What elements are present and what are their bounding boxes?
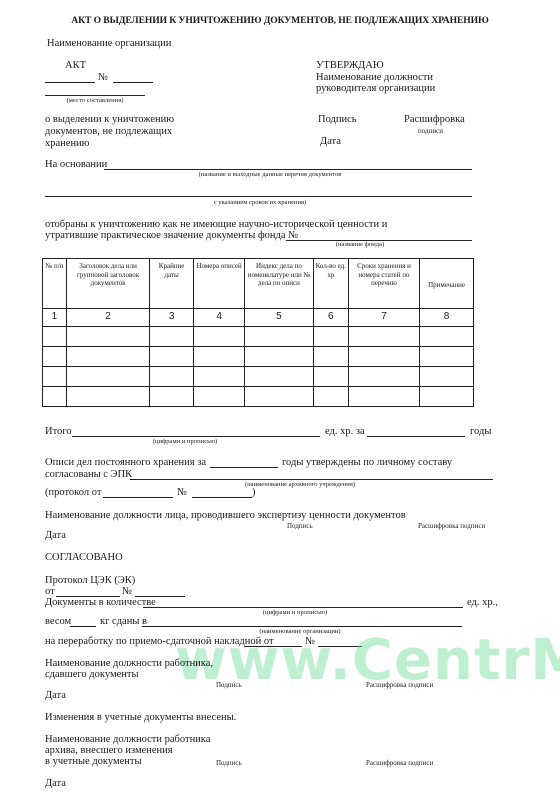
handed-by-signature-label: Подпись [216,681,242,689]
inventories-line1-b: годы утверждены по личному составу [282,457,452,468]
weight-field[interactable] [70,626,96,627]
expert-signature-label: Подпись [287,522,313,530]
handed-by-position: Наименование должности работника, сдавше… [45,658,213,680]
approve-position-line: руководителя организации [316,83,435,94]
column-number: 3 [150,309,194,327]
inventories-line2: согласованы с ЭПК [45,469,132,480]
act-date-field[interactable] [45,82,95,83]
table-cell[interactable] [348,387,419,407]
column-number: 2 [66,309,149,327]
changes-position-line: Наименование должности работника [45,734,210,745]
act-label: АКТ [65,60,86,71]
place-caption: (место составления) [55,97,135,104]
table-cell[interactable] [43,367,67,387]
act-number-sign: № [98,72,108,83]
table-cell[interactable] [348,327,419,347]
table-cell[interactable] [313,327,348,347]
table-row [43,367,474,387]
recycling-no-label: № [305,636,315,647]
table-cell[interactable] [245,367,313,387]
basis-field[interactable] [104,169,472,170]
table-cell[interactable] [194,347,245,367]
table-cell[interactable] [420,387,474,407]
changes-signature-label: Подпись [216,759,242,767]
changes-position-line: в учетные документы [45,756,210,767]
protocol-no-label: № [177,487,187,498]
table-cell[interactable] [43,347,67,367]
agreed-label: СОГЛАСОВАНО [45,552,123,563]
total-qty-field[interactable] [72,436,320,437]
approve-date-label: Дата [320,136,341,147]
kg-handed-label: кг сданы в [100,616,147,627]
table-cell[interactable] [194,327,245,347]
act-subject-line: о выделении к уничтожению [45,114,174,126]
table-cell[interactable] [150,347,194,367]
inventories-years-field[interactable] [210,467,278,468]
total-units-label: ед. хр. за [325,426,365,437]
table-number-row: 1 2 3 4 5 6 7 8 [43,309,474,327]
table-cell[interactable] [66,347,149,367]
epk-field[interactable] [130,479,493,480]
protocol-from-label: (протокол от [45,487,101,498]
act-subject-line: документов, не подлежащих [45,126,174,138]
table-header-cell: Примечание [420,259,474,309]
inventories-line1-a: Описи дел постоянного хранения за [45,457,206,468]
selected-text: отобраны к уничтожению как не имеющие на… [45,219,387,241]
waybill-date-field[interactable] [244,646,302,647]
handed-by-position-line: Наименование должности работника, [45,658,213,669]
selected-line: отобраны к уничтожению как не имеющие на… [45,219,387,230]
recipient-org-field[interactable] [142,626,462,627]
recipient-org-caption: (наименование организации) [250,628,350,635]
docs-qty-caption: (цифрами и прописью) [255,609,335,616]
epk-caption: (наименование архивного учреждения) [230,481,370,488]
docs-qty-label: Документы в количестве [45,597,156,608]
table-cell[interactable] [43,327,67,347]
table-cell[interactable] [150,327,194,347]
approve-position: Наименование должности руководителя орга… [316,72,435,94]
basis-caption-1: (название и выходные данные перечня доку… [170,171,370,178]
approve-signature-label: Подпись [318,114,357,125]
changes-date-label: Дата [45,778,66,789]
changes-decode-label: Расшифровка подписи [366,759,433,767]
table-row [43,327,474,347]
handed-by-position-line: сдавшего документы [45,669,213,680]
table-header-cell: Индекс дела по номенклатуре или № дела п… [245,259,313,309]
table-cell[interactable] [245,347,313,367]
approve-label: УТВЕРЖДАЮ [316,60,384,71]
total-years-label: годы [470,426,491,437]
basis-caption-2: с указанием сроков их хранения) [180,199,340,206]
table-cell[interactable] [150,387,194,407]
basis-label: На основании [45,159,107,170]
protocol-close: ) [252,487,256,498]
column-number: 6 [313,309,348,327]
docs-qty-field[interactable] [143,607,463,608]
column-number: 1 [43,309,67,327]
table-cell[interactable] [245,387,313,407]
table-cell[interactable] [420,347,474,367]
table-cell[interactable] [313,387,348,407]
act-subject: о выделении к уничтожению документов, не… [45,114,174,150]
expert-position: Наименование должности лица, проводившег… [45,510,406,521]
act-place-field[interactable] [45,95,145,96]
agreed-no-label: № [122,586,132,597]
fund-caption: (название фонда) [320,241,400,248]
docs-units-label: ед. хр., [467,597,498,608]
protocol-date-field[interactable] [103,497,173,498]
table-cell[interactable] [43,387,67,407]
recycling-label: на переработку по приемо-сдаточной накла… [45,636,274,647]
handed-by-decode-label: Расшифровка подписи [366,681,433,689]
table-cell[interactable] [420,327,474,347]
weight-label: весом [45,616,71,627]
table-cell[interactable] [348,347,419,367]
column-number: 8 [420,309,474,327]
table-header-cell: Заголовок дела или групповой заголовок д… [66,259,149,309]
handed-by-date-label: Дата [45,690,66,701]
approve-position-line: Наименование должности [316,72,435,83]
agreed-protocol: Протокол ЦЭК (ЭК) [45,575,135,586]
document-title: АКТ О ВЫДЕЛЕНИИ К УНИЧТОЖЕНИЮ ДОКУМЕНТОВ… [0,15,560,26]
act-subject-line: хранению [45,138,174,150]
table-cell[interactable] [66,327,149,347]
total-label: Итого [45,426,72,437]
org-name-label: Наименование организации [47,38,171,49]
table-cell[interactable] [194,367,245,387]
protocol-number-field[interactable] [192,497,252,498]
documents-table: № п/п Заголовок дела или групповой загол… [42,258,474,407]
table-cell[interactable] [313,367,348,387]
table-cell[interactable] [420,367,474,387]
table-cell[interactable] [150,367,194,387]
table-cell[interactable] [66,367,149,387]
column-number: 4 [194,309,245,327]
approve-decode-sub: подписи [418,127,443,135]
expert-date-label: Дата [45,530,66,541]
table-cell[interactable] [66,387,149,407]
table-header-cell: № п/п [43,259,67,309]
table-header-row: № п/п Заголовок дела или групповой загол… [43,259,474,309]
table-header-cell: Сроки хранения и номера статей по перечн… [348,259,419,309]
table-cell[interactable] [194,387,245,407]
total-years-field[interactable] [367,436,465,437]
table-row [43,347,474,367]
expert-decode-label: Расшифровка подписи [418,522,485,530]
table-cell[interactable] [348,367,419,387]
changes-position-line: архива, внесшего изменения [45,745,210,756]
table-header-cell: Кол-во ед. хр [313,259,348,309]
total-caption: (цифрами и прописью) [140,438,230,445]
table-cell[interactable] [313,347,348,367]
column-number: 5 [245,309,313,327]
basis-field-2[interactable] [45,196,472,197]
act-number-field[interactable] [113,82,153,83]
changes-position: Наименование должности работника архива,… [45,734,210,767]
agreed-from-label: от [45,586,55,597]
table-row [43,387,474,407]
waybill-number-field[interactable] [318,646,362,647]
table-header-cell: Номера описей [194,259,245,309]
changes-note: Изменения в учетные документы внесены. [45,712,236,723]
table-cell[interactable] [245,327,313,347]
column-number: 7 [348,309,419,327]
approve-decode-label: Расшифровка [404,114,465,125]
table-header-cell: Крайние даты [150,259,194,309]
